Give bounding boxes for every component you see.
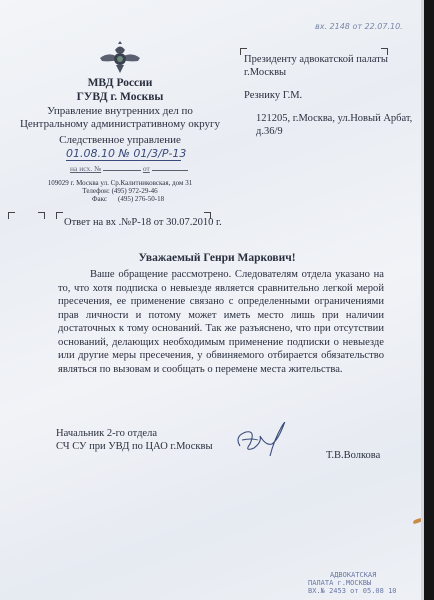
stamp-line-2: ПАЛАТА г.МОСКВЫ (308, 579, 397, 587)
recipient-address-1: 121205, г.Москва, ул.Новый Арбат, (256, 113, 412, 124)
sender-address: 109029 г. Москва ул. Ср.Калитниковская, … (5, 179, 235, 187)
corner-mark (56, 212, 63, 219)
outgoing-ref-handwritten: 01.08.10 № 01/3/Р-13 (66, 147, 181, 161)
org-name-mvd: МВД России (5, 77, 235, 89)
scan-border (424, 0, 434, 600)
signatory-title-1: Начальник 2-го отдела (56, 428, 157, 439)
corner-mark (8, 212, 15, 219)
greeting: Уважаемый Генри Маркович! (0, 252, 434, 264)
incoming-registration-note: вх. 2148 от 22.07.10. (315, 22, 403, 31)
reply-ref-from-label: от (143, 164, 150, 173)
org-name-guvd: ГУВД г. Москвы (5, 91, 235, 103)
recipient-name: Резнику Г.М. (244, 90, 302, 101)
signatory-name: Т.В.Волкова (326, 450, 380, 461)
sender-phone: Телефон: (495) 972-29-46 (5, 187, 235, 195)
division-name: Следственное управление (5, 134, 235, 146)
stamp-line-1: АДВОКАТСКАЯ (308, 571, 397, 579)
stamp-line-3: ВХ.№ 2453 от 05.08 10 (308, 587, 397, 595)
recipient-address-2: д.36/9 (256, 126, 283, 137)
recipient-title: Президенту адвокатской палаты (244, 54, 388, 65)
emblem-icon (98, 40, 142, 76)
sender-fax-label: Факс (92, 195, 107, 203)
reply-ref-label: на исх. № от (70, 164, 188, 173)
signatory-title-2: СЧ СУ при УВД по ЦАО г.Москвы (56, 441, 213, 452)
recipient-city: г.Москвы (244, 67, 286, 78)
dept-line-1: Управление внутренних дел по (5, 105, 235, 117)
letter-body: Ваше обращение рассмотрено. Следователям… (58, 268, 384, 376)
reply-ref-number-label: на исх. № (70, 164, 101, 173)
subject-line: Ответ на вх .№Р-18 от 30.07.2010 г. (64, 217, 222, 228)
sender-fax: (495) 276-50-18 (118, 195, 164, 203)
dept-line-2: Центральному административному округу (5, 118, 235, 130)
corner-mark (38, 212, 45, 219)
letter-page: вх. 2148 от 22.07.10. МВД России ГУВД г.… (0, 0, 424, 600)
signature-icon (232, 418, 294, 460)
incoming-stamp: АДВОКАТСКАЯ ПАЛАТА г.МОСКВЫ ВХ.№ 2453 от… (308, 571, 397, 595)
